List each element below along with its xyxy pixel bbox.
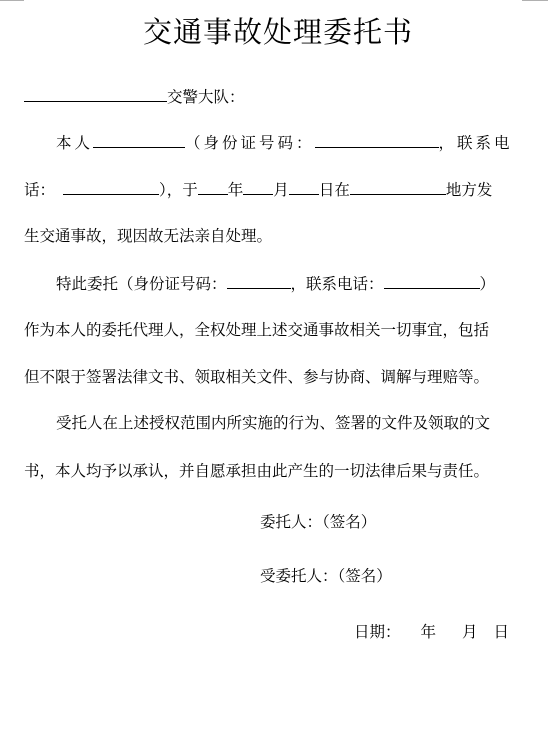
phone-label-part1: ，联系电	[439, 134, 513, 152]
year-label: 年	[228, 181, 244, 199]
date-day-label: 日	[494, 623, 510, 641]
addressee-line: 交警大队：	[24, 86, 245, 107]
blank-agent-phone[interactable]	[384, 273, 480, 289]
para1-line1: 本人（身份证号码：，联系电	[56, 132, 513, 153]
date-line: 日期：年月日	[354, 622, 509, 642]
page-corner-mark-right	[522, 0, 548, 1]
blank-principal-phone[interactable]	[63, 179, 159, 195]
para1-line3: 生交通事故，现因故无法亲自处理。	[24, 226, 272, 246]
blank-principal-name[interactable]	[93, 132, 185, 148]
para1-line2: 话：），于年月日在地方发	[24, 179, 492, 200]
agent-phone-label: ，联系电话：	[291, 275, 384, 293]
para2-line2: 作为本人的委托代理人，全权处理上述交通事故相关一切事宜，包括	[24, 320, 489, 340]
location-suffix: 地方发	[446, 181, 493, 199]
para3-line1: 受托人在上述授权范围内所实施的行为、签署的文件及领取的文	[56, 413, 490, 433]
blank-accident-month[interactable]	[243, 179, 273, 195]
agent-id-label: 特此委托（身份证号码：	[56, 275, 227, 293]
blank-accident-location[interactable]	[350, 179, 446, 195]
principal-signature-line: 委托人：（签名）	[260, 512, 376, 532]
addressee-suffix: 交警大队：	[167, 88, 245, 106]
accident-date-prefix: ），于	[159, 181, 198, 199]
agent-signature-line: 受委托人：（签名）	[260, 566, 392, 586]
month-label: 月	[273, 181, 289, 199]
date-label: 日期：	[354, 623, 401, 641]
id-number-label: （身份证号码：	[185, 134, 315, 152]
blank-traffic-police-unit[interactable]	[24, 86, 167, 102]
date-month-label: 月	[462, 623, 478, 641]
page-corner-mark-left	[0, 0, 24, 1]
principal-label: 本人	[56, 134, 93, 152]
blank-accident-day[interactable]	[289, 179, 319, 195]
para3-line2: 书，本人均予以承认，并自愿承担由此产生的一切法律后果与责任。	[24, 461, 489, 481]
blank-principal-id-number[interactable]	[315, 132, 439, 148]
para2-line1: 特此委托（身份证号码：，联系电话：）	[56, 273, 495, 294]
blank-agent-id-number[interactable]	[227, 273, 291, 289]
close-paren: ）	[480, 275, 496, 293]
phone-label-part2: 话：	[24, 181, 55, 199]
blank-accident-year[interactable]	[198, 179, 228, 195]
day-location-label: 日在	[319, 181, 350, 199]
para2-line3: 但不限于签署法律文书、领取相关文件、参与协商、调解与理赔等。	[24, 367, 489, 387]
date-year-label: 年	[421, 623, 437, 641]
document-title: 交通事故处理委托书	[0, 10, 556, 51]
